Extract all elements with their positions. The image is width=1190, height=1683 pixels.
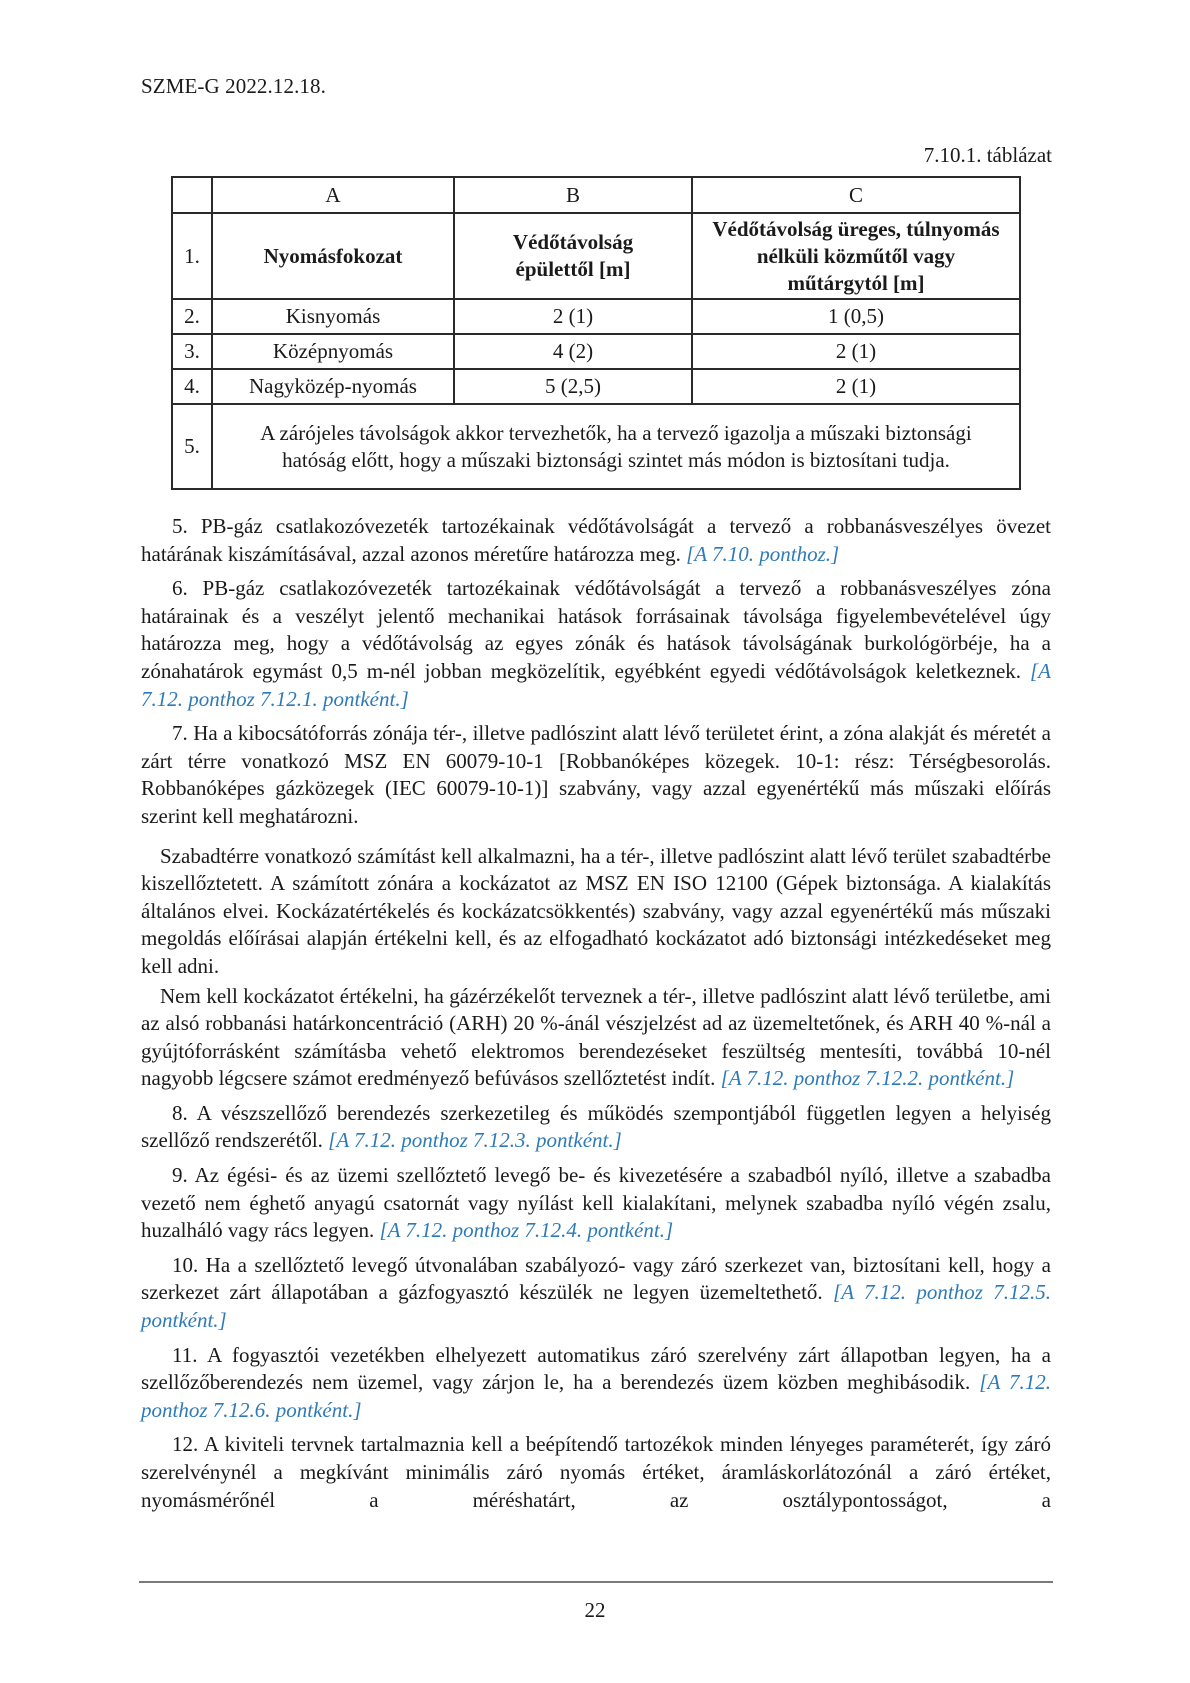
table-note-row: 5. A zárójeles távolságok akkor tervezhe…	[172, 404, 1020, 489]
table-cell: Kisnyomás	[212, 299, 454, 334]
cross-reference: [A 7.12. ponthoz 7.12.2. pontként.]	[721, 1066, 1015, 1090]
paragraph-7: 7. Ha a kibocsátóforrás zónája tér-, ill…	[141, 720, 1051, 830]
table-cell: 2 (1)	[692, 334, 1020, 369]
table-header-row: 1. Nyomásfokozat Védőtávolság épülettől …	[172, 213, 1020, 299]
table-cell: Nagyközép-nyomás	[212, 369, 454, 404]
paragraph-text: 11. A fogyasztói vezetékben elhelyezett …	[141, 1343, 1051, 1395]
paragraph-11: 11. A fogyasztói vezetékben elhelyezett …	[141, 1342, 1051, 1425]
row-number: 2.	[172, 299, 212, 334]
table-cell: 2 (1)	[454, 299, 692, 334]
paragraph-6: 6. PB-gáz csatlakozóvezeték tartozékaina…	[141, 575, 1051, 713]
page-number: 22	[0, 1598, 1190, 1623]
paragraph-text: 7. Ha a kibocsátóforrás zónája tér-, ill…	[141, 721, 1051, 828]
paragraph-text: 12. A kiviteli tervnek tartalmaznia kell…	[141, 1432, 1051, 1511]
row-number: 1.	[172, 213, 212, 299]
table-note-cell: A zárójeles távolságok akkor tervezhetők…	[212, 404, 1020, 489]
table-column-letter: B	[454, 177, 692, 213]
table-cell	[172, 177, 212, 213]
cross-reference: [A 7.10. ponthoz.]	[686, 542, 839, 566]
protective-distance-table: A B C 1. Nyomásfokozat Védőtávolság épül…	[171, 176, 1021, 490]
cross-reference: [A 7.12. ponthoz 7.12.4. pontként.]	[380, 1218, 674, 1242]
table-row: 3. Középnyomás 4 (2) 2 (1)	[172, 334, 1020, 369]
table-column-letter-row: A B C	[172, 177, 1020, 213]
table-cell: 4 (2)	[454, 334, 692, 369]
paragraph-9: 9. Az égési- és az üzemi szellőztető lev…	[141, 1162, 1051, 1245]
paragraph-text: Szabadtérre vonatkozó számítást kell alk…	[141, 844, 1051, 978]
paragraph-10: 10. Ha a szellőztető levegő útvonalában …	[141, 1252, 1051, 1335]
table-header-cell: Védőtávolság üreges, túlnyomás nélküli k…	[692, 213, 1020, 299]
paragraph-open-air-calculation: Szabadtérre vonatkozó számítást kell alk…	[141, 843, 1051, 981]
row-number: 5.	[172, 404, 212, 489]
document-body: 5. PB-gáz csatlakozóvezeték tartozékaina…	[141, 513, 1051, 1521]
table-cell: 2 (1)	[692, 369, 1020, 404]
row-number: 3.	[172, 334, 212, 369]
paragraph-8: 8. A vészszellőző berendezés szerkezetil…	[141, 1100, 1051, 1155]
table-cell: Középnyomás	[212, 334, 454, 369]
paragraph-12: 12. A kiviteli tervnek tartalmaznia kell…	[141, 1431, 1051, 1514]
table-row: 4. Nagyközép-nyomás 5 (2,5) 2 (1)	[172, 369, 1020, 404]
table-cell: 1 (0,5)	[692, 299, 1020, 334]
footer-divider	[139, 1581, 1053, 1583]
table-column-letter: A	[212, 177, 454, 213]
paragraph-text: 6. PB-gáz csatlakozóvezeték tartozékaina…	[141, 576, 1051, 683]
table-caption: 7.10.1. táblázat	[924, 143, 1052, 168]
table-row: 2. Kisnyomás 2 (1) 1 (0,5)	[172, 299, 1020, 334]
table-header-cell: Nyomásfokozat	[212, 213, 454, 299]
table-cell: 5 (2,5)	[454, 369, 692, 404]
table-column-letter: C	[692, 177, 1020, 213]
table-header-cell: Védőtávolság épülettől [m]	[454, 213, 692, 299]
row-number: 4.	[172, 369, 212, 404]
paragraph-gas-detector: Nem kell kockázatot értékelni, ha gázérz…	[141, 983, 1051, 1093]
document-header: SZME-G 2022.12.18.	[141, 74, 326, 99]
paragraph-text: 5. PB-gáz csatlakozóvezeték tartozékaina…	[141, 514, 1051, 566]
paragraph-5: 5. PB-gáz csatlakozóvezeték tartozékaina…	[141, 513, 1051, 568]
cross-reference: [A 7.12. ponthoz 7.12.3. pontként.]	[328, 1128, 622, 1152]
